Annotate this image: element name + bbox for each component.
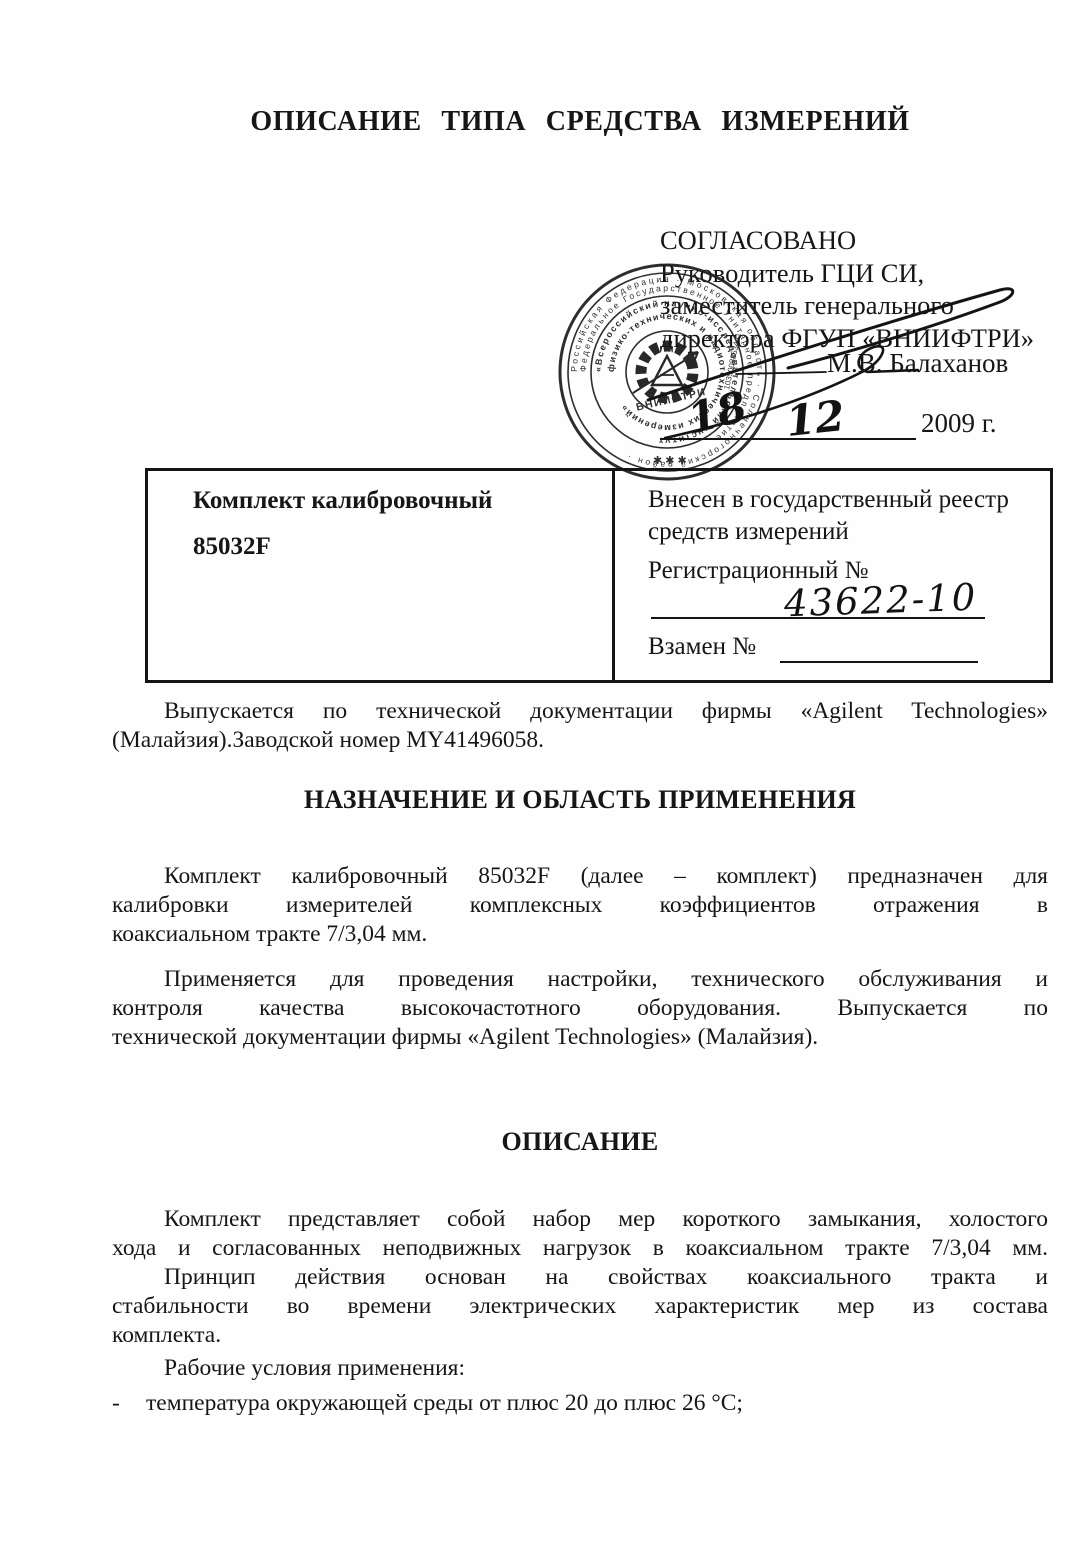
device-name: Комплект калибровочный — [193, 487, 492, 515]
document-title: ОПИСАНИЕ ТИПА СРЕДСТВА ИЗМЕРЕНИЙ — [112, 106, 1048, 138]
purpose-heading: НАЗНАЧЕНИЕ И ОБЛАСТЬ ПРИМЕНЕНИЯ — [112, 785, 1048, 815]
date-year: 2009 г. — [921, 408, 997, 439]
condition-text: температура окружающей среды от плюс 20 … — [146, 1389, 743, 1418]
condition-dash: - — [112, 1389, 146, 1418]
manufacturer-paragraph: Выпускается по технической документации … — [112, 697, 1048, 755]
date-underline — [660, 438, 916, 440]
registration-table: Комплект калибровочный 85032F Внесен в г… — [145, 468, 1053, 683]
replaces-label: Взамен № — [648, 633, 756, 661]
device-model: 85032F — [193, 533, 271, 561]
working-conditions-label: Рабочие условия применения: — [112, 1354, 1048, 1383]
approval-label: СОГЛАСОВАНО — [660, 224, 1060, 257]
replaces-underline — [780, 661, 978, 663]
purpose-paragraph-2: Применяется для проведения настройки, те… — [112, 965, 1048, 1052]
description-heading: ОПИСАНИЕ — [112, 1127, 1048, 1157]
description-paragraphs: Комплект представляет собой набор мер ко… — [112, 1205, 1048, 1418]
purpose-paragraph-1: Комплект калибровочный 85032F (далее – к… — [112, 862, 1048, 949]
registration-number-underline — [651, 617, 985, 619]
registry-entry-text: Внесен в государственный реестр средств … — [648, 484, 1048, 548]
document-page: ОПИСАНИЕ ТИПА СРЕДСТВА ИЗМЕРЕНИЙ СОГЛАСО… — [0, 0, 1092, 1560]
table-divider — [612, 471, 615, 680]
condition-item: - температура окружающей среды от плюс 2… — [112, 1389, 1048, 1418]
